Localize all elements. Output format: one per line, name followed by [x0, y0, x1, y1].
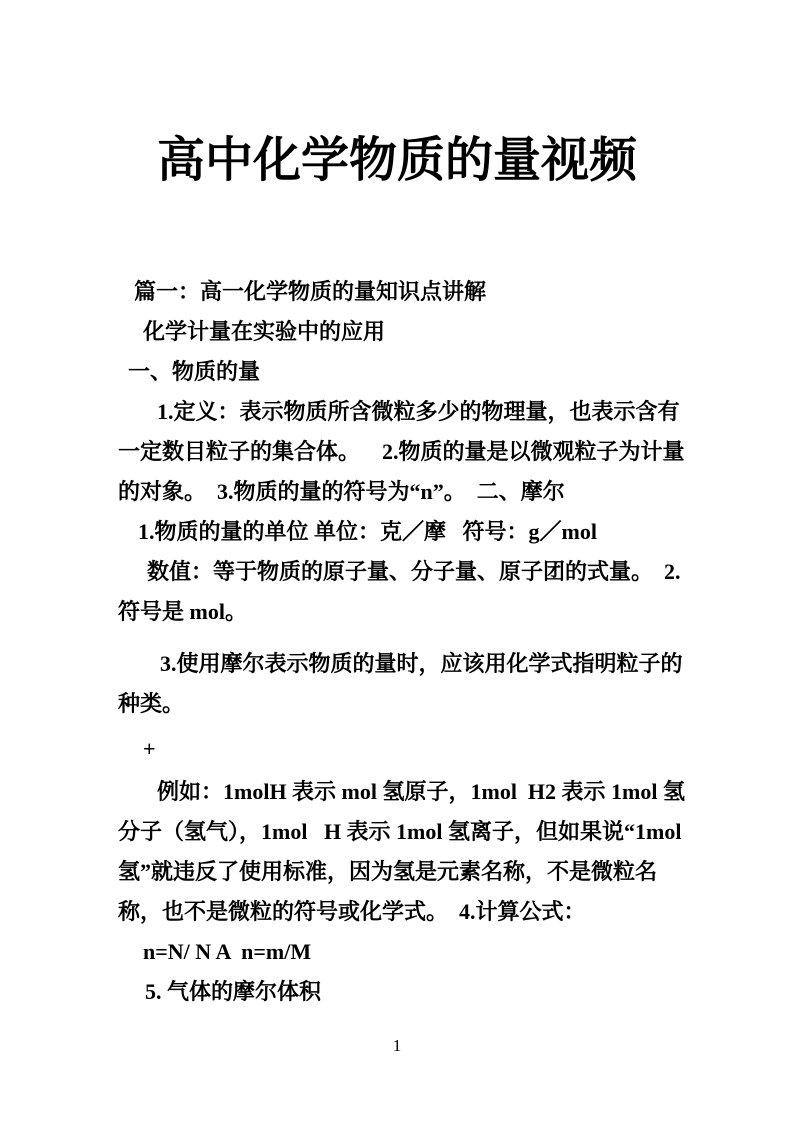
- text-line: 1.物质的量的单位 单位：克／摩 符号：g／mol: [118, 512, 680, 552]
- text-line: 分子（氢气），1mol H 表示 1mol 氢离子，但如果说“1mol: [118, 812, 680, 852]
- text-line: 一定数目粒子的集合体。 2.物质的量是以微观粒子为计量: [118, 432, 680, 472]
- text-line: 氢”就违反了使用标准，因为氢是元素名称，不是微粒名: [118, 852, 680, 892]
- text-line: 符号是 mol。: [118, 592, 680, 632]
- document-page: 高中化学物质的量视频 篇一：高一化学物质的量知识点讲解 化学计量在实验中的应用 …: [0, 0, 794, 1123]
- text-line-topic-1: 一、物质的量: [118, 352, 680, 392]
- text-line: 1.定义：表示物质所含微粒多少的物理量，也表示含有: [118, 392, 680, 432]
- document-title: 高中化学物质的量视频: [0, 130, 794, 192]
- text-line-topic-5: 5. 气体的摩尔体积: [118, 972, 680, 1012]
- text-line-plus-sign: +: [118, 729, 680, 769]
- text-line: 称，也不是微粒的符号或化学式。 4.计算公式：: [118, 892, 680, 932]
- text-line: 种类。: [118, 684, 680, 724]
- text-line: 的对象。 3.物质的量的符号为“n”。 二、摩尔: [118, 472, 680, 512]
- text-line-formula: n=N/ N A n=m/M: [118, 932, 680, 972]
- text-line: 数值：等于物质的原子量、分子量、原子团的式量。 2.: [118, 552, 680, 592]
- text-line-section-heading: 篇一：高一化学物质的量知识点讲解: [118, 272, 680, 312]
- page-number: 1: [0, 1036, 794, 1056]
- document-body: 篇一：高一化学物质的量知识点讲解 化学计量在实验中的应用 一、物质的量 1.定义…: [118, 272, 680, 1012]
- text-line: 3.使用摩尔表示物质的量时，应该用化学式指明粒子的: [118, 644, 680, 684]
- text-line: 例如：1molH 表示 mol 氢原子，1mol H2 表示 1mol 氢: [118, 772, 680, 812]
- text-line-subheading: 化学计量在实验中的应用: [118, 312, 680, 352]
